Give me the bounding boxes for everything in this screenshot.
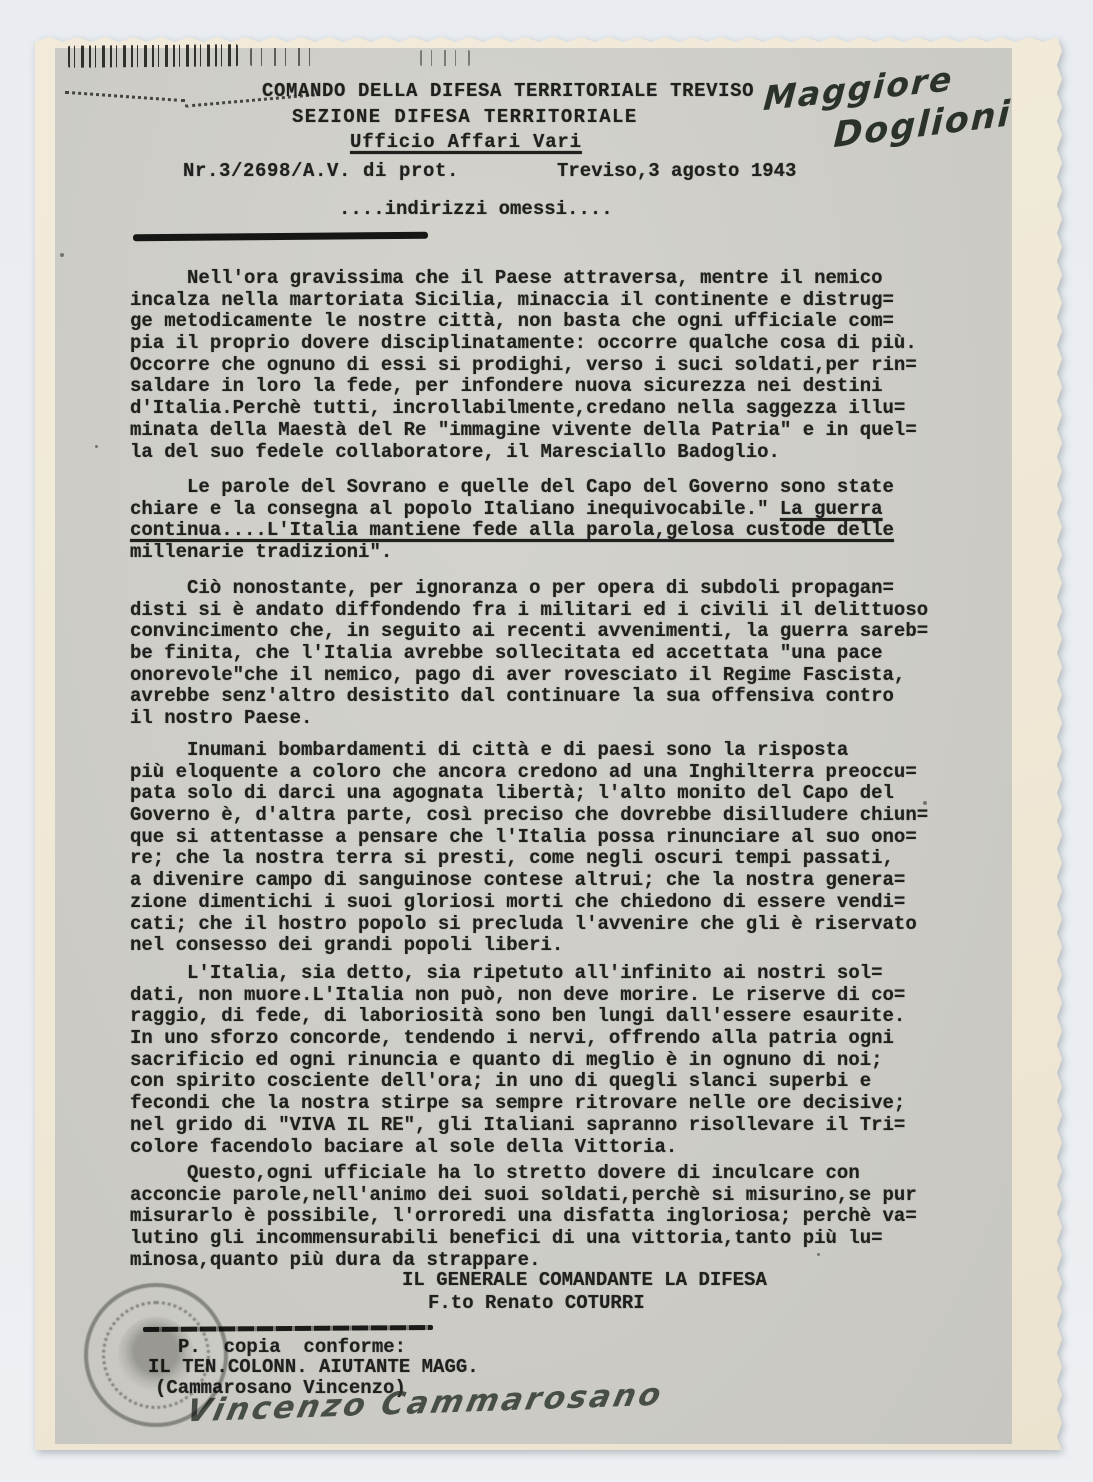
text-line: la del suo fedele collaboratore, il Mare… <box>130 442 917 464</box>
text-line: avrebbe senz'altro desistito dal continu… <box>130 686 928 708</box>
text-line: Nell'ora gravissima che il Paese attrave… <box>130 268 917 290</box>
protocol-number: Nr.3/2698/A.V. di prot. <box>183 161 459 183</box>
text-line: Inumani bombardamenti di città e di paes… <box>130 740 928 762</box>
paragraph: Nell'ora gravissima che il Paese attrave… <box>130 268 917 463</box>
text-line: il nostro Paese. <box>130 708 928 730</box>
text-line: zione dimentichi i suoi gloriosi morti c… <box>130 892 928 914</box>
text-line: Questo,ogni ufficiale ha lo stretto dove… <box>130 1163 917 1185</box>
text-line: nel consesso dei grandi popoli liberi. <box>130 935 928 957</box>
ink-smudge <box>420 50 470 66</box>
letterhead-command: COMANDO DELLA DIFESA TERRITORIALE TREVIS… <box>262 81 754 103</box>
text-line: fecondi che la nostra stirpe sa sempre r… <box>130 1093 905 1115</box>
text-line: raggio, di fede, di laboriosità sono ben… <box>130 1006 905 1028</box>
text-line: re; che la nostra terra si presti, come … <box>130 848 928 870</box>
ink-smudge <box>250 48 312 66</box>
letterhead-section: SEZIONE DIFESA TERRITORIALE <box>292 107 638 129</box>
text-line: dati, non muore.L'Italia non può, non de… <box>130 985 905 1007</box>
paragraph: L'Italia, sia detto, sia ripetuto all'in… <box>130 963 905 1158</box>
text-line: sacrificio ed ogni rinuncia e quanto di … <box>130 1050 905 1072</box>
text-line: be finita, che l'Italia avrebbe sollecit… <box>130 643 928 665</box>
text-line: disti si è andato diffondendo fra i mili… <box>130 600 928 622</box>
round-stamp <box>84 1283 228 1427</box>
text-line: d'Italia.Perchè tutti, incrollabilmente,… <box>130 398 917 420</box>
text-line: saldare in loro la fede, per infondere n… <box>130 376 917 398</box>
text-line: colore facendolo baciare al sole della V… <box>130 1137 905 1159</box>
text-line: ge metodicamente le nostre città, non ba… <box>130 311 917 333</box>
paragraph: Le parole del Sovrano e quelle del Capo … <box>130 477 894 564</box>
text-line: cati; che il hostro popolo si precluda l… <box>130 914 928 936</box>
text-line: pia il proprio dovere disciplinatamente:… <box>130 333 917 355</box>
place-date: Treviso,3 agosto 1943 <box>557 161 796 183</box>
paragraph: Inumani bombardamenti di città e di paes… <box>130 740 928 957</box>
signoff-title: IL GENERALE COMANDANTE LA DIFESA <box>402 1270 767 1292</box>
paragraph: Questo,ogni ufficiale ha lo stretto dove… <box>130 1163 917 1271</box>
text-line: pata solo di darci una agognata libertà;… <box>130 783 928 805</box>
dust-speck <box>95 445 98 448</box>
text-line: a divenire campo di sanguinose contese a… <box>130 870 928 892</box>
text-line: In uno sforzo concorde, tendendo i nervi… <box>130 1028 905 1050</box>
photo-paper-edge: Maggiore Doglioni COMANDO DELLA DIFESA T… <box>35 37 1062 1450</box>
addresses-omitted: ....indirizzi omessi.... <box>339 199 613 221</box>
text-line: Le parole del Sovrano e quelle del Capo … <box>130 477 894 499</box>
text-line: misurarlo è possibile, l'orroredi una di… <box>130 1206 917 1228</box>
text-line: acconcie parole,nell'animo dei suoi sold… <box>130 1185 917 1207</box>
text-line: convincimento che, in seguito ai recenti… <box>130 621 928 643</box>
text-line: nel grido di "VIVA IL RE", gli Italiani … <box>130 1115 905 1137</box>
text-line: lutino gli incommensurabili benefici di … <box>130 1228 917 1250</box>
text-line: millenarie tradizioni". <box>130 542 894 564</box>
signoff-name: F.to Renato COTURRI <box>428 1293 645 1315</box>
text-line: Occorre che ognuno di essi si prodighi, … <box>130 355 917 377</box>
dust-speck <box>60 253 64 257</box>
text-line: onorevole"che il nemico, pago di aver ro… <box>130 665 928 687</box>
letterhead-office: Ufficio Affari Vari <box>350 132 582 154</box>
text-line: più eloquente a coloro che ancora credon… <box>130 762 928 784</box>
text-line: Ciò nonostante, per ignoranza o per oper… <box>130 578 928 600</box>
text-line: L'Italia, sia detto, sia ripetuto all'in… <box>130 963 905 985</box>
text-line: continua....L'Italia mantiene fede alla … <box>130 520 894 542</box>
text-line: que si attentasse a pensare che l'Italia… <box>130 827 928 849</box>
paragraph: Ciò nonostante, per ignoranza o per oper… <box>130 578 928 730</box>
text-line: con spirito cosciente dell'ora; in uno d… <box>130 1071 905 1093</box>
text-line: chiare e la consegna al popolo Italiano … <box>130 499 894 521</box>
scan-background: { "photo": { "handwritten_note": { "line… <box>0 0 1093 1482</box>
text-line: incalza nella martoriata Sicilia, minacc… <box>130 290 917 312</box>
text-line: minata della Maestà del Re "immagine viv… <box>130 420 917 442</box>
ink-smudge <box>68 44 238 67</box>
photo-print: Maggiore Doglioni COMANDO DELLA DIFESA T… <box>35 37 1062 1450</box>
text-line: Governo è, d'altra parte, così preciso c… <box>130 805 928 827</box>
